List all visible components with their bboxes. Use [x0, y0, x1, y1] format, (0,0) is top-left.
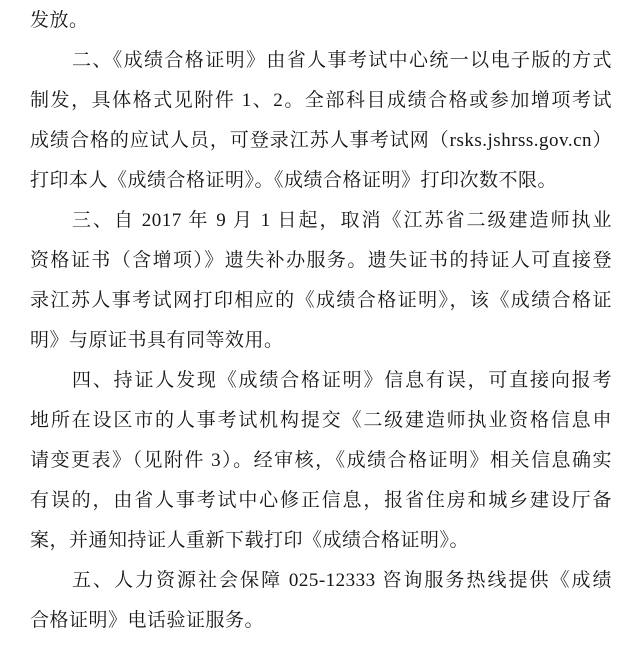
- doc-line-7: 资格证书（含增项）》遗失补办服务。遗失证书的持证人可直接登: [30, 241, 612, 281]
- doc-line-12: 请变更表》（见附件 3）。经审核，《成绩合格证明》相关信息确实: [30, 441, 612, 481]
- doc-line-16: 合格证明》电话验证服务。: [30, 601, 612, 641]
- doc-line-8: 录江苏人事考试网打印相应的《成绩合格证明》，该《成绩合格证: [30, 281, 612, 321]
- doc-line-13: 有误的，由省人事考试中心修正信息，报省住房和城乡建设厅备: [30, 481, 612, 521]
- doc-line-15: 五、人力资源社会保障 025-12333 咨询服务热线提供《成绩: [30, 561, 612, 601]
- doc-line-1: 发放。: [30, 1, 612, 41]
- doc-line-3: 制发，具体格式见附件 1、2。全部科目成绩合格或参加增项考试: [30, 81, 612, 121]
- doc-line-9: 明》与原证书具有同等效用。: [30, 321, 612, 361]
- doc-line-11: 地所在设区市的人事考试机构提交《二级建造师执业资格信息申: [30, 401, 612, 441]
- document-page: 发放。 二、《成绩合格证明》由省人事考试中心统一以电子版的方式 制发，具体格式见…: [0, 0, 629, 670]
- doc-line-5: 打印本人《成绩合格证明》。《成绩合格证明》打印次数不限。: [30, 161, 612, 201]
- doc-line-4: 成绩合格的应试人员，可登录江苏人事考试网（rsks.jshrss.gov.cn）: [30, 121, 612, 161]
- doc-line-6: 三、自 2017 年 9 月 1 日起，取消《江苏省二级建造师执业: [30, 201, 612, 241]
- doc-line-14: 案，并通知持证人重新下载打印《成绩合格证明》。: [30, 521, 612, 561]
- doc-line-10: 四、持证人发现《成绩合格证明》信息有误，可直接向报考: [30, 361, 612, 401]
- doc-line-2: 二、《成绩合格证明》由省人事考试中心统一以电子版的方式: [30, 41, 612, 81]
